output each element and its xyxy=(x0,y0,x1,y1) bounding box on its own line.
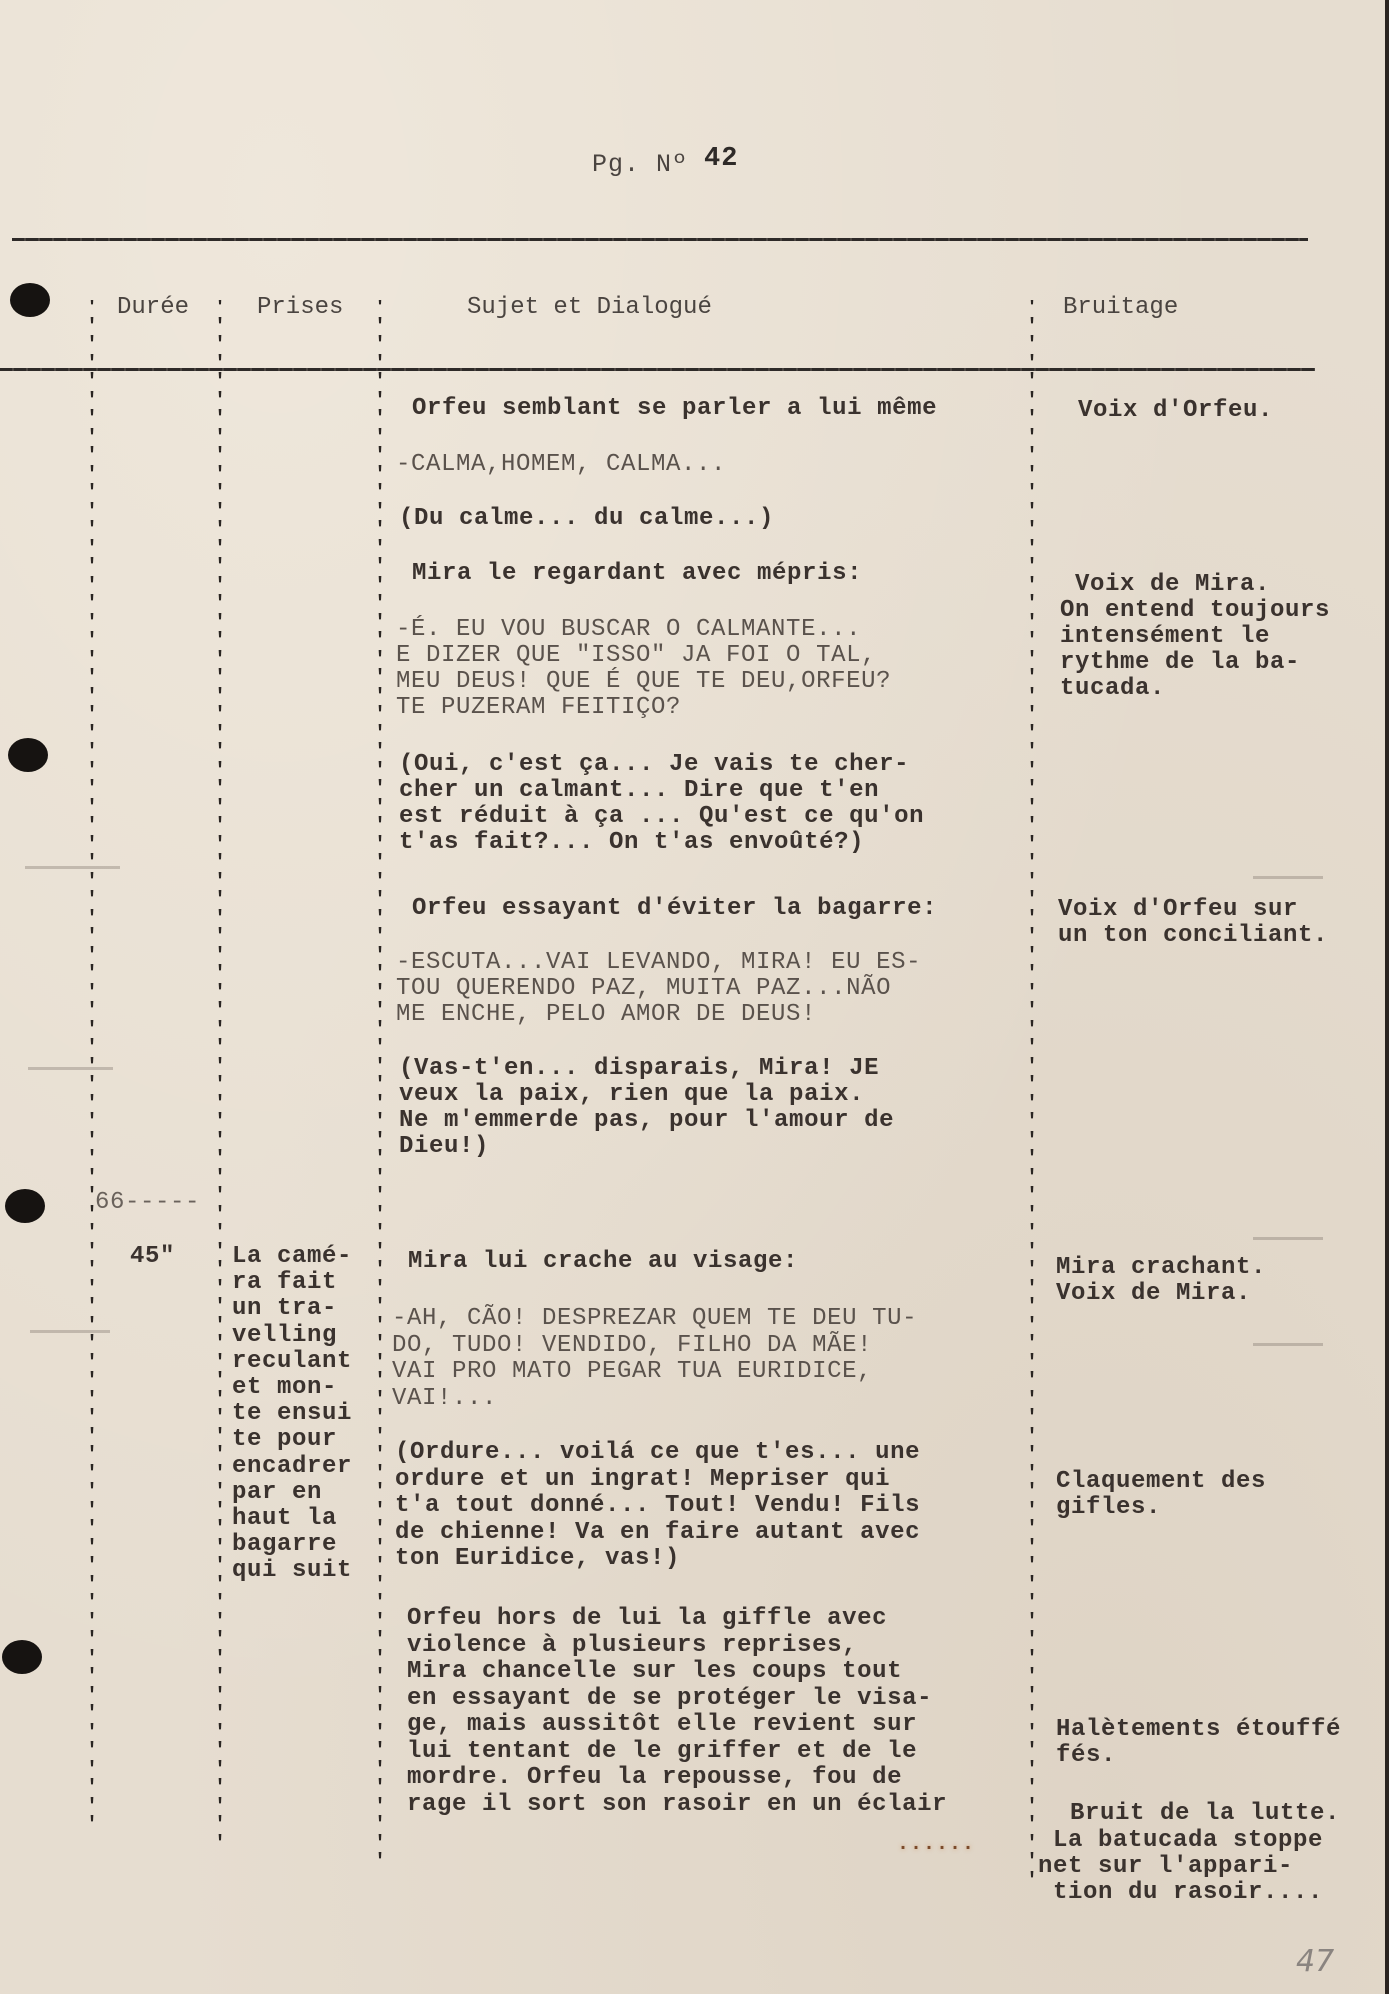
sujet-direction: Mira le regardant avec mépris: xyxy=(412,561,862,588)
punch-hole xyxy=(5,1189,45,1223)
sujet-direction: Mira lui crache au visage: xyxy=(408,1249,798,1276)
sujet-dialogue-pt: -É. EU VOU BUSCAR O CALMANTE... E DIZER … xyxy=(396,617,891,721)
top-rule xyxy=(12,238,1308,241)
column-header-sujet: Sujet et Dialogué xyxy=(467,294,712,321)
column-header-bruitage: Bruitage xyxy=(1063,294,1178,321)
column-header-prises: Prises xyxy=(257,294,343,321)
punch-hole xyxy=(2,1640,42,1674)
sujet-direction: Orfeu semblant se parler a lui même xyxy=(412,396,937,423)
column-header-duree: Durée xyxy=(117,294,189,321)
prises-description: La camé- ra fait un tra- velling reculan… xyxy=(232,1244,352,1585)
sujet-direction: Orfeu hors de lui la giffle avec violenc… xyxy=(407,1606,947,1818)
smudge xyxy=(1253,1237,1323,1240)
smudge xyxy=(30,1330,110,1333)
sujet-direction: Orfeu essayant d'éviter la bagarre: xyxy=(412,896,937,923)
bruitage-note: Mira crachant. Voix de Mira. xyxy=(1056,1255,1266,1307)
page-edge xyxy=(1385,0,1389,1994)
smudge xyxy=(1253,876,1323,879)
bruitage-note: Voix d'Orfeu. xyxy=(1078,398,1273,425)
column-divider-2: ' ' ' ' ' ' ' ' ' ' ' ' ' ' ' ' ' ' ' ' … xyxy=(214,300,226,1870)
page-number-label: Pg. Nº xyxy=(592,150,688,179)
bruitage-note: Claquement des gifles. xyxy=(1056,1469,1266,1521)
plan-number: 66----- xyxy=(95,1190,200,1217)
header-rule xyxy=(0,368,1315,371)
bruitage-note: Halètements étouffé fés. xyxy=(1056,1717,1341,1769)
ellipsis-marks: ...... xyxy=(897,1833,975,1856)
punch-hole xyxy=(8,738,48,772)
smudge xyxy=(25,866,120,869)
bruitage-note: Bruit de la lutte. xyxy=(1070,1801,1340,1828)
punch-hole xyxy=(10,283,50,317)
sujet-translation-fr: (Vas-t'en... disparais, Mira! JE veux la… xyxy=(399,1056,894,1160)
bruitage-note: La batucada stoppe net sur l'appari- tio… xyxy=(1038,1828,1323,1906)
column-divider-1: ' ' ' ' ' ' ' ' ' ' ' ' ' ' ' ' ' ' ' ' … xyxy=(86,300,98,1850)
page-number: Pg. Nº 42 xyxy=(592,150,738,180)
handwritten-folio-number: 47 xyxy=(1296,1944,1334,1979)
sujet-dialogue-pt: -CALMA,HOMEM, CALMA... xyxy=(396,452,726,479)
smudge xyxy=(28,1067,113,1070)
column-divider-3: ' ' ' ' ' ' ' ' ' ' ' ' ' ' ' ' ' ' ' ' … xyxy=(374,300,386,1880)
page-number-value: 42 xyxy=(704,144,738,174)
sujet-translation-fr: (Ordure... voilá ce que t'es... une ordu… xyxy=(395,1440,920,1573)
sujet-translation-fr: (Oui, c'est ça... Je vais te cher- cher … xyxy=(399,752,924,856)
bruitage-note: Voix de Mira. On entend toujours intensé… xyxy=(1060,572,1330,702)
duree-value: 45" xyxy=(130,1244,175,1271)
sujet-translation-fr: (Du calme... du calme...) xyxy=(399,506,774,533)
bruitage-note: Voix d'Orfeu sur un ton conciliant. xyxy=(1058,897,1328,949)
column-divider-4: ' ' ' ' ' ' ' ' ' ' ' ' ' ' ' ' ' ' ' ' … xyxy=(1026,300,1038,1890)
sujet-dialogue-pt: -AH, CÃO! DESPREZAR QUEM TE DEU TU- DO, … xyxy=(392,1306,917,1412)
sujet-dialogue-pt: -ESCUTA...VAI LEVANDO, MIRA! EU ES- TOU … xyxy=(396,950,921,1028)
smudge xyxy=(1253,1343,1323,1346)
